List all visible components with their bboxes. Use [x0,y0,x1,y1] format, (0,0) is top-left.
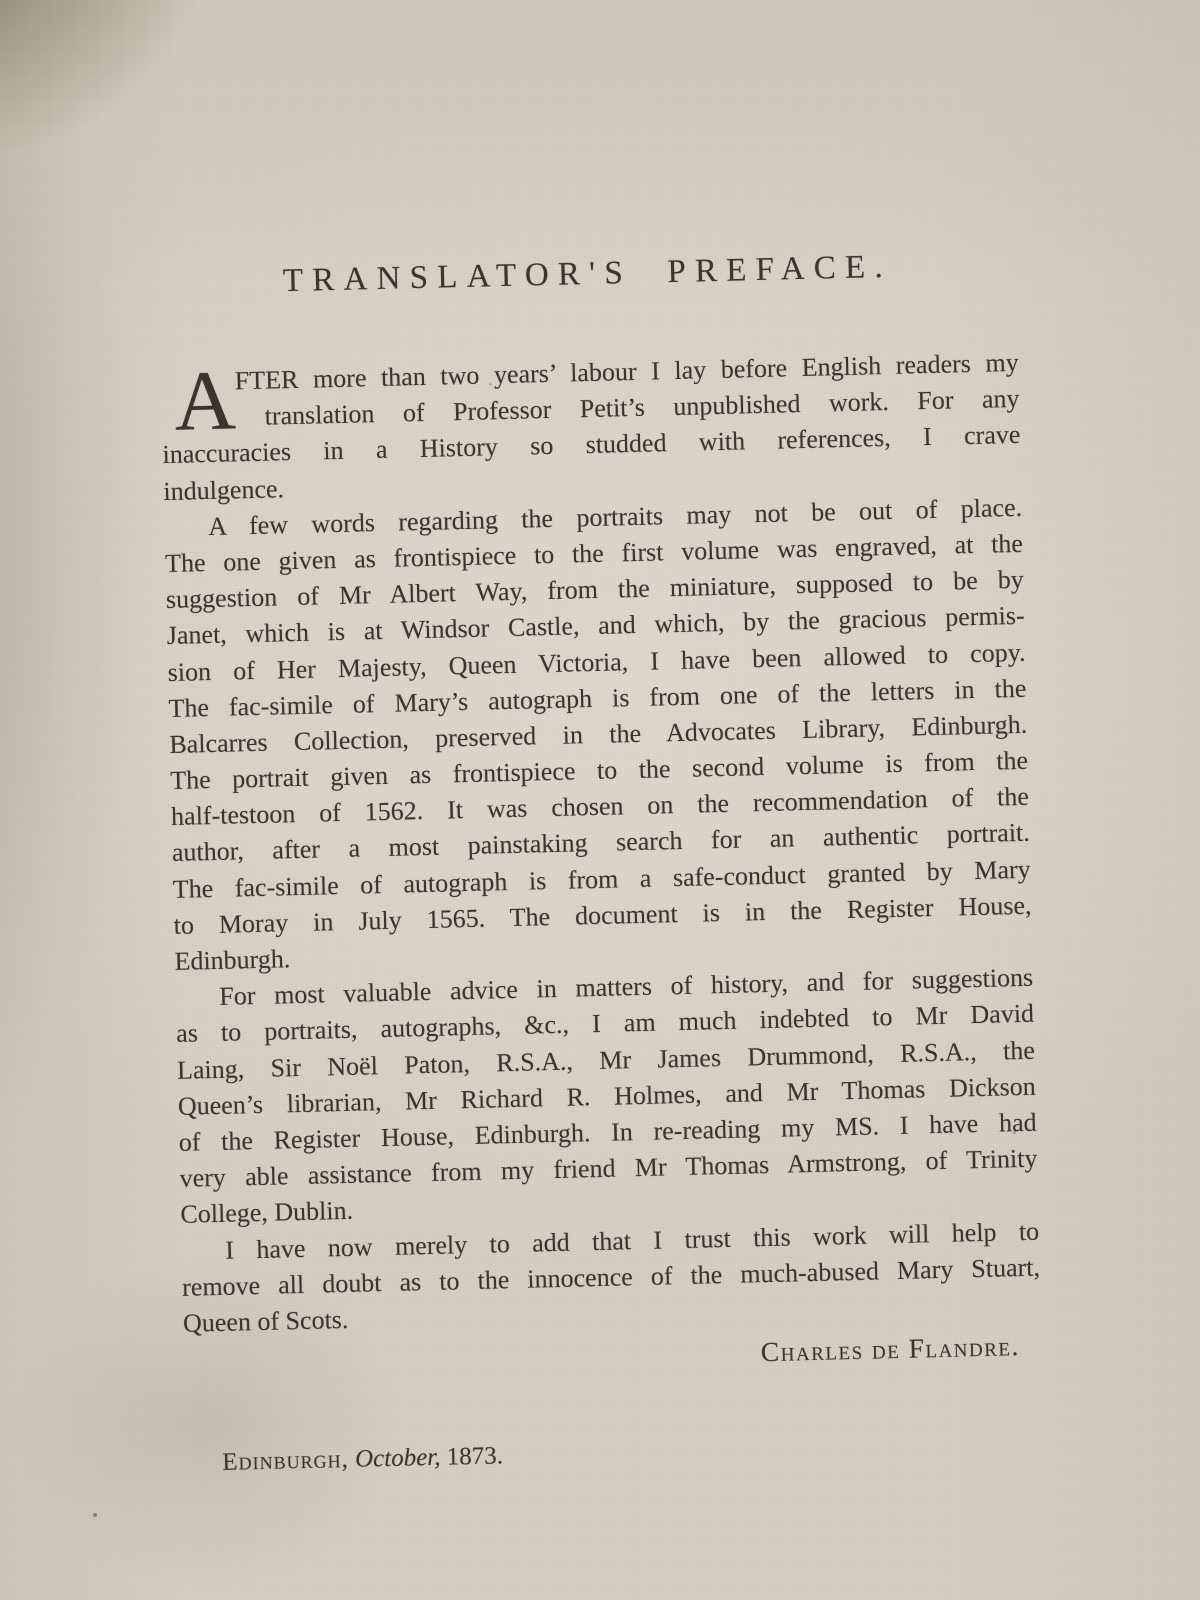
page-content: TRANSLATOR'S PREFACE. A FTER more than t… [158,246,1044,1478]
paragraph: For most valuable advice in matters of h… [175,960,1039,1233]
dateline-year: 1873. [446,1442,503,1470]
paragraph: FTER more than two years’ labour I lay b… [160,345,1021,510]
dateline-place: Edinburgh, [222,1446,349,1476]
paper-speck [93,1513,97,1517]
dateline-month: October, [355,1444,441,1473]
preface-paragraphs: A FTER more than two years’ labour I lay… [160,345,1041,1342]
drop-cap-initial: A [173,358,236,444]
photographed-book-page: { "document": { "title": "TRANSLATOR'S P… [0,0,1200,1600]
paragraph: I have now merely to add that I trust th… [181,1213,1041,1342]
paragraph: A few words regarding the portraits may … [164,490,1033,981]
